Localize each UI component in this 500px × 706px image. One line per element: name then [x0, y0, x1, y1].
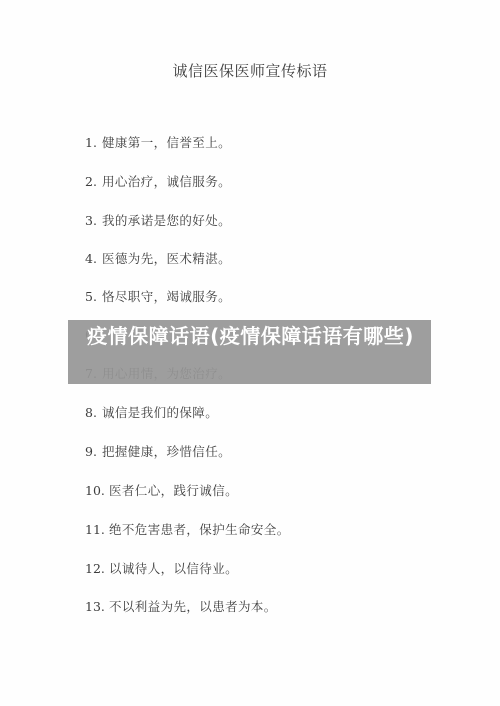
list-item: 9.把握健康，珍惜信任。 [85, 442, 231, 462]
item-text: 以诚待人，以信待业。 [109, 561, 238, 576]
list-item: 10.医者仁心，践行诚信。 [85, 481, 238, 501]
list-item: 1.健康第一，信誉至上。 [85, 133, 231, 153]
item-text: 医者仁心，践行诚信。 [109, 483, 238, 498]
item-number: 5. [85, 287, 102, 307]
item-number: 9. [85, 442, 102, 462]
item-number: 2. [85, 172, 102, 192]
item-text: 绝不危害患者，保护生命安全。 [109, 522, 290, 537]
item-text: 我的承诺是您的好处。 [102, 213, 231, 228]
caption-overlay-text: 疫情保障话语(疫情保障话语有哪些) [78, 322, 423, 350]
list-item: 13.不以利益为先，以患者为本。 [85, 597, 277, 617]
item-number: 1. [85, 133, 102, 153]
item-text: 把握健康，珍惜信任。 [102, 444, 231, 459]
item-number: 11. [85, 520, 109, 540]
list-item: 2.用心治疗，诚信服务。 [85, 172, 231, 192]
item-number: 4. [85, 249, 102, 269]
list-item: 8.诚信是我们的保障。 [85, 403, 218, 423]
item-text: 不以利益为先，以患者为本。 [109, 599, 277, 614]
item-text: 诚信是我们的保障。 [102, 405, 218, 420]
list-item: 5.恪尽职守，竭诚服务。 [85, 287, 231, 307]
item-number: 10. [85, 481, 109, 501]
item-number: 13. [85, 597, 109, 617]
list-item: 11.绝不危害患者，保护生命安全。 [85, 520, 290, 540]
item-number: 8. [85, 403, 102, 423]
item-text: 恪尽职守，竭诚服务。 [102, 289, 231, 304]
list-item: 4.医德为先，医术精湛。 [85, 249, 231, 269]
page-title: 诚信医保医师宣传标语 [0, 60, 500, 81]
item-number: 3. [85, 211, 102, 231]
list-item: 12.以诚待人，以信待业。 [85, 559, 238, 579]
item-text: 用心治疗，诚信服务。 [102, 174, 231, 189]
item-number: 12. [85, 559, 109, 579]
item-text: 医德为先，医术精湛。 [102, 251, 231, 266]
item-text: 健康第一，信誉至上。 [102, 135, 231, 150]
list-item: 3.我的承诺是您的好处。 [85, 211, 231, 231]
